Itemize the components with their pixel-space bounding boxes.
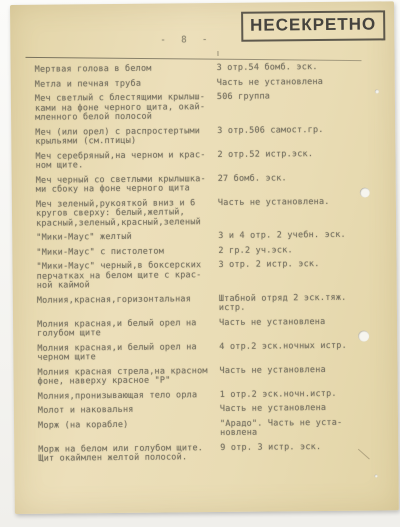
table-row: Молния,пронизывающая тело орла1 отр.2 эс… xyxy=(38,389,384,402)
paper-speck xyxy=(375,474,378,477)
unit-identification-cell: Штабной отряд 2 эск.тяж. истр. xyxy=(219,293,383,314)
table-row: Молния красная,и белый орел на черном щи… xyxy=(37,341,383,363)
classification-stamp-text: НЕСЕКРЕТНО xyxy=(250,14,376,34)
unit-identification-cell: 506 группа xyxy=(217,91,381,121)
unit-identification-cell: "Арадо". Часть не уста- новлена xyxy=(220,418,384,439)
emblem-description-cell: Меч черный со светлыми крылышка- ми сбок… xyxy=(36,175,214,196)
table-row: Меч светлый с блестящими крылыш- ками на… xyxy=(35,91,381,123)
classification-stamp: НЕСЕКРЕТНО xyxy=(241,10,385,41)
table-row: Молния красная стрела,на красном фоне, н… xyxy=(37,365,383,387)
document-page: НЕСЕКРЕТНО - 8 - Мертвая голова в белом3… xyxy=(10,1,399,514)
table-row: "Мики-Маус" желтый3 и 4 отр. 2 учебн. эс… xyxy=(36,230,382,243)
emblem-description-cell: Молния красная,и белый орел на черном щи… xyxy=(37,343,215,364)
unit-identification-cell: 3 отр. 2 истр. эск. xyxy=(218,259,382,289)
emblem-description-cell: Молния,пронизывающая тело орла xyxy=(38,391,216,402)
emblem-description-cell: Молния,красная,горизонтальная xyxy=(37,295,215,316)
unit-identification-cell: 2 отр.52 истр.эск. xyxy=(217,149,381,170)
emblem-description-cell: "Мики-Маус" черный,в боксерских перчатка… xyxy=(36,261,214,291)
table-row: Меч серебряный,на черном и крас- ном щит… xyxy=(35,149,381,171)
emblem-description-cell: Меч серебряный,на черном и крас- ном щит… xyxy=(35,151,213,172)
table-row: Мертвая голова в белом3 отр.54 бомб. эск… xyxy=(35,62,381,75)
unit-identification-cell: 9 отр. 3 истр. эск. xyxy=(220,442,384,463)
paper-speck xyxy=(375,89,379,93)
table-row: Меч зеленый,рукояткой вниз и 6 кругов св… xyxy=(36,197,382,229)
unit-identification-cell: Часть не установлена. xyxy=(218,197,382,227)
punch-hole xyxy=(360,188,370,198)
unit-identification-cell: Часть не установлена xyxy=(219,365,383,386)
header-rule-tick xyxy=(217,51,218,56)
table-row: Морж (на корабле)"Арадо". Часть не уста-… xyxy=(38,418,384,440)
emblem-description-cell: Метла и печная труба xyxy=(35,79,213,90)
emblem-description-cell: Морж (на корабле) xyxy=(38,420,216,441)
table-row: Метла и печная трубаЧасть не установлена xyxy=(35,77,381,90)
emblem-description-cell: "Мики-Маус" с пистолетом xyxy=(36,247,214,258)
table-row: Меч (или орел) с распростертыми крыльями… xyxy=(35,125,381,147)
emblem-description-cell: Морж на белом или голубом щите. Щит окай… xyxy=(38,444,216,465)
table-row: Молот и наковальняЧасть не установлена xyxy=(38,403,384,416)
emblem-description-cell: "Мики-Маус" желтый xyxy=(36,232,214,243)
emblem-description-cell: Молот и наковальня xyxy=(38,405,216,416)
table-row: Молния красная,и белый орел на голубом щ… xyxy=(37,317,383,339)
unit-identification-cell: Часть не установлена xyxy=(220,403,384,414)
unit-identification-cell: 1 отр.2 эск.ночн.истр. xyxy=(220,389,384,400)
emblem-description-cell: Меч (или орел) с распростертыми крыльями… xyxy=(35,127,213,148)
table-row: Морж на белом или голубом щите. Щит окай… xyxy=(38,442,384,464)
table-row: Меч черный со светлыми крылышка- ми сбок… xyxy=(36,173,382,195)
unit-identification-cell: Часть не установлена xyxy=(217,77,381,88)
table-row: Молния,красная,горизонтальнаяШтабной отр… xyxy=(37,293,383,315)
emblem-description-cell: Меч зеленый,рукояткой вниз и 6 кругов св… xyxy=(36,199,214,229)
unit-identification-cell: 4 отр.2 эск.ночных истр. xyxy=(219,341,383,362)
table-row: "Мики-Маус" черный,в боксерских перчатка… xyxy=(36,259,382,291)
page-number: - 8 - xyxy=(160,35,212,45)
scan-background: НЕСЕКРЕТНО - 8 - Мертвая голова в белом3… xyxy=(0,0,400,527)
emblem-description-cell: Мертвая голова в белом xyxy=(35,64,213,75)
unit-identification-cell: 27 бомб. эск. xyxy=(218,173,382,194)
emblem-description-cell: Молния красная стрела,на красном фоне, н… xyxy=(37,367,215,388)
entries-table: Мертвая голова в белом3 отр.54 бомб. эск… xyxy=(35,62,385,469)
table-row: "Мики-Маус" с пистолетом2 гр.2 уч.эск. xyxy=(36,245,382,258)
unit-identification-cell: 2 гр.2 уч.эск. xyxy=(218,245,382,256)
emblem-description-cell: Молния красная,и белый орел на голубом щ… xyxy=(37,319,215,340)
emblem-description-cell: Меч светлый с блестящими крылыш- ками на… xyxy=(35,93,213,123)
header-rule xyxy=(25,57,361,61)
punch-hole xyxy=(358,331,369,342)
unit-identification-cell: 3 и 4 отр. 2 учебн. эск. xyxy=(218,230,382,241)
unit-identification-cell: 3 отр.54 бомб. эск. xyxy=(217,62,381,73)
unit-identification-cell: 3 отр.506 самост.гр. xyxy=(217,125,381,146)
